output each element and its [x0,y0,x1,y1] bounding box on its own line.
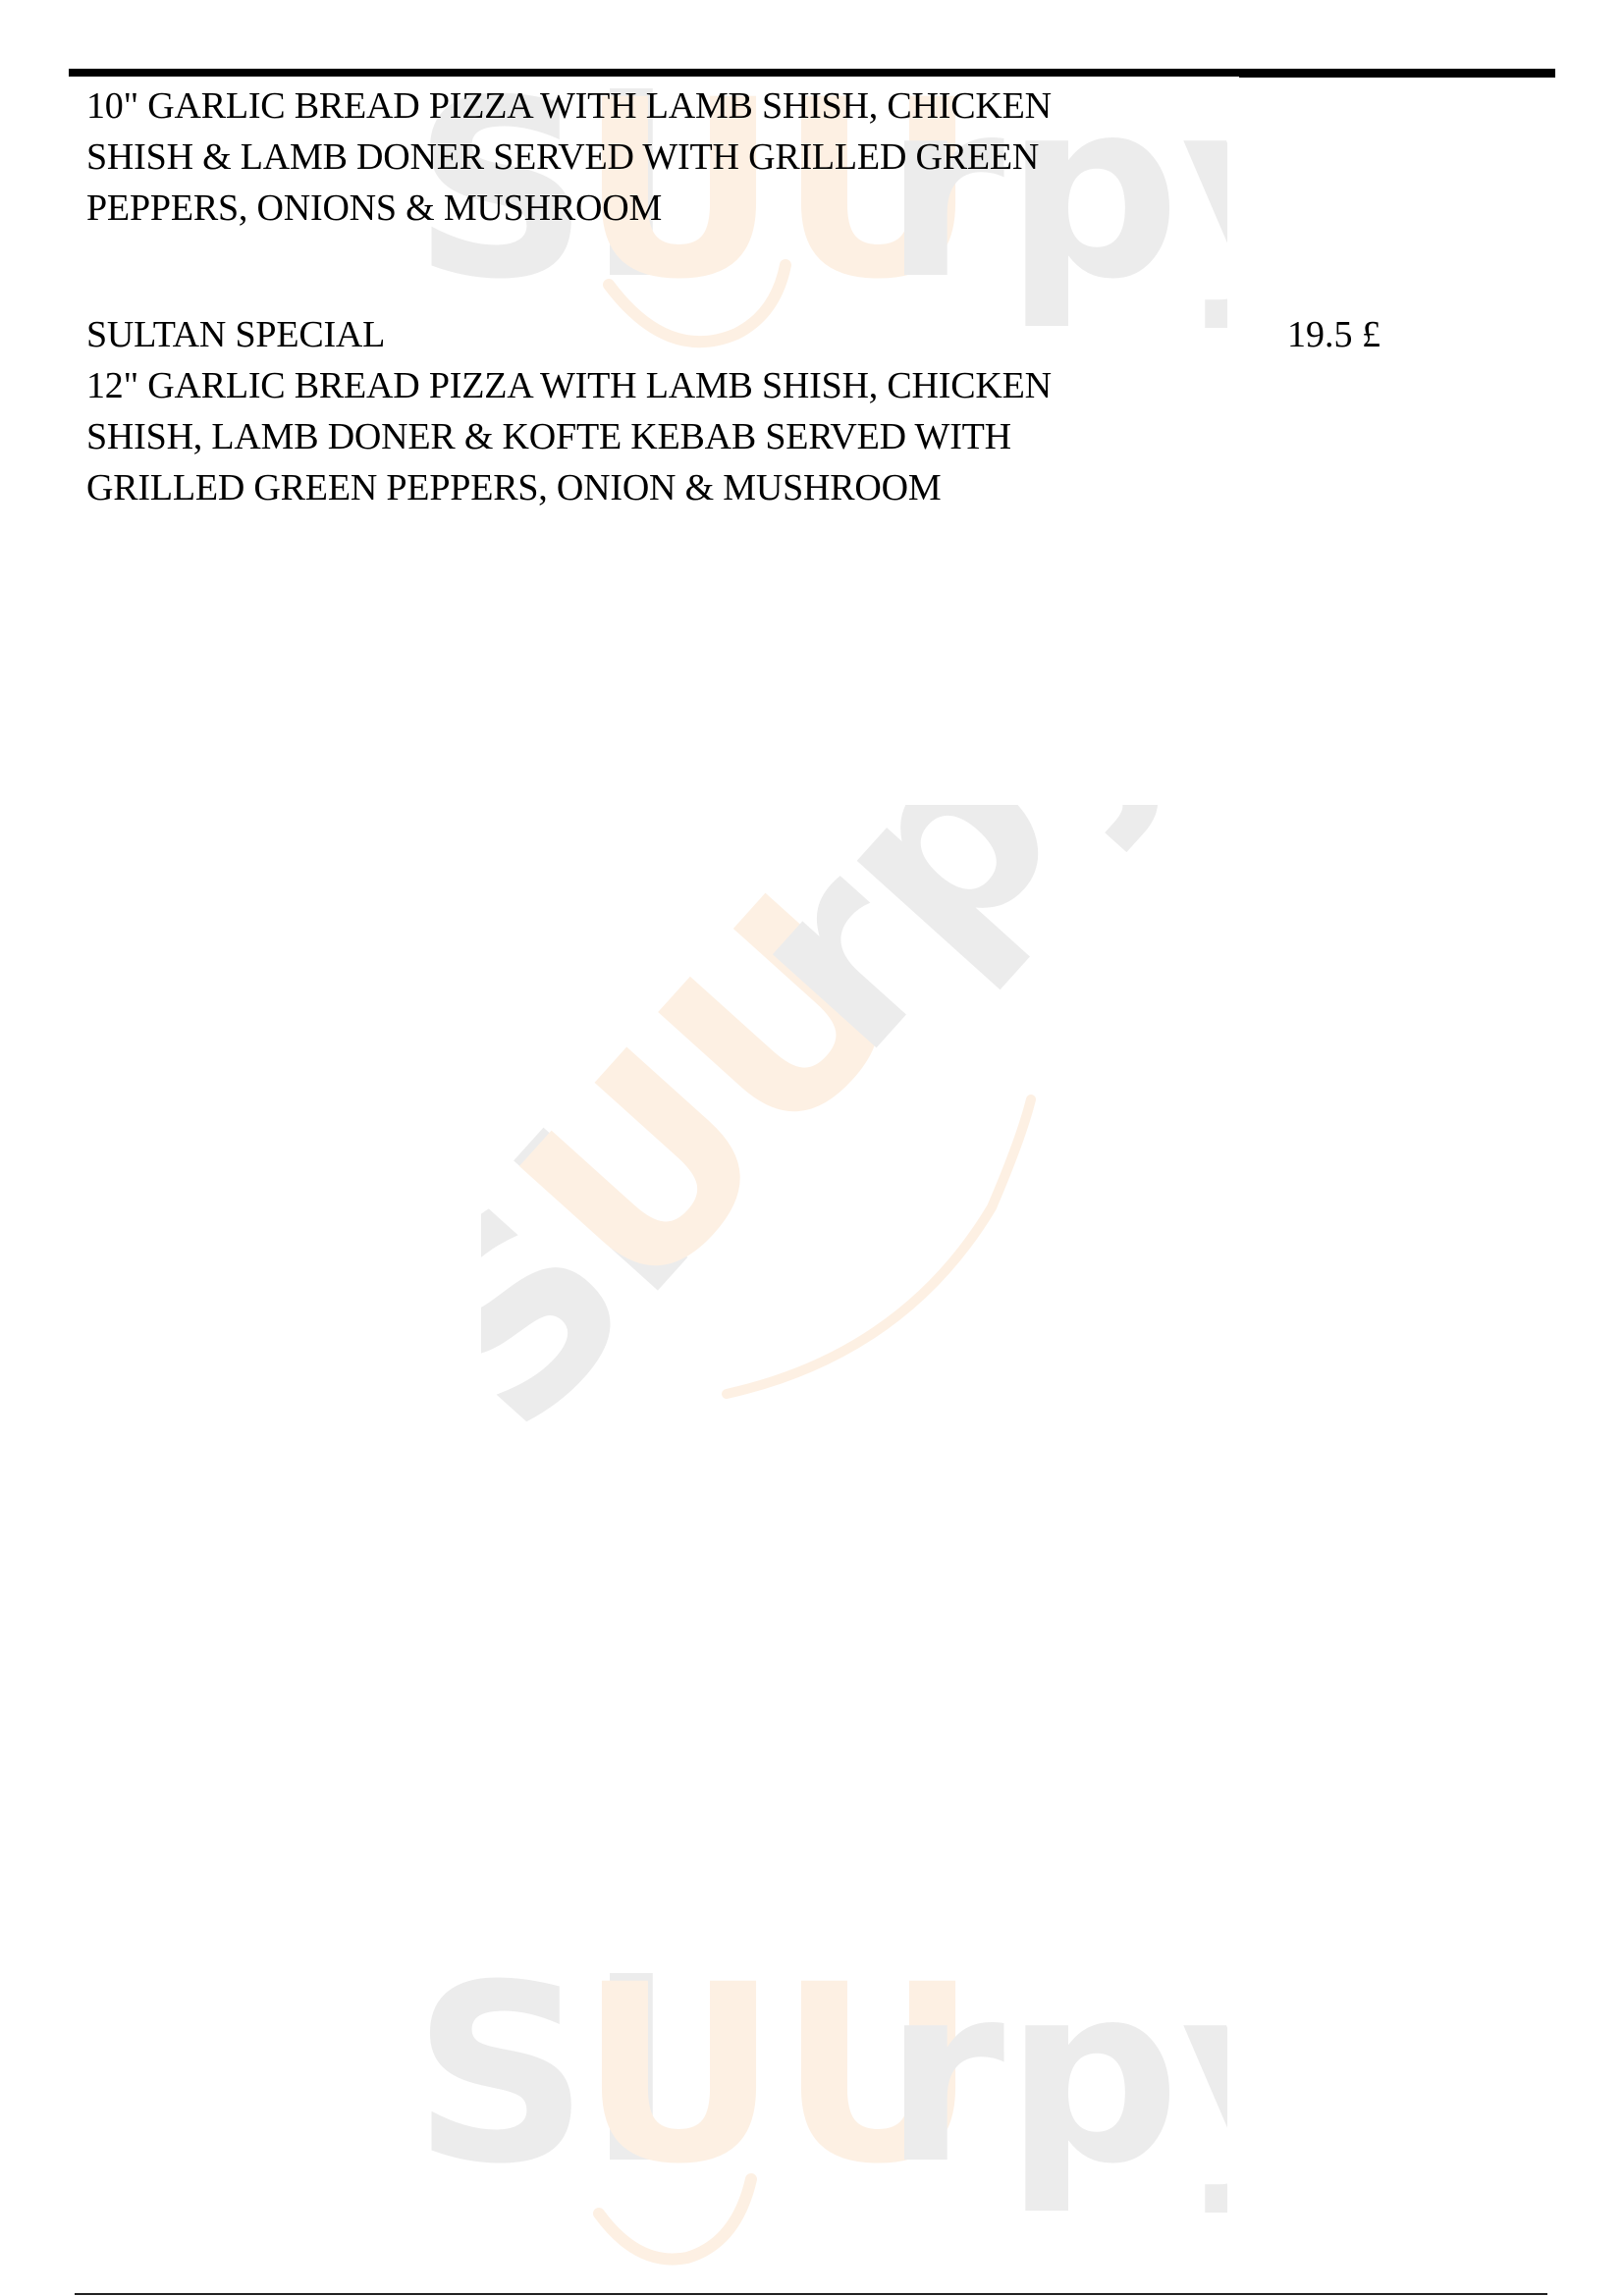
menu-item-description: 12" GARLIC BREAD PIZZA WITH LAMB SHISH, … [86,360,1052,513]
svg-text:Sl: Sl [481,1084,747,1483]
menu-page: Sl UU rpy Sl UU rpy Sl UU rpy 10" GARLIC… [0,0,1624,2296]
svg-text:Sl: Sl [412,1963,674,2217]
svg-text:UU: UU [481,842,964,1349]
svg-text:UU: UU [579,1963,978,2217]
menu-item-name: SULTAN SPECIAL [86,309,385,360]
description-line: PEPPERS, ONIONS & MUSHROOM [86,183,1052,234]
svg-text:rpy: rpy [687,805,1225,1104]
svg-text:rpy: rpy [884,1963,1227,2217]
top-divider-rule [69,69,1242,77]
bottom-divider-rule [75,2293,1547,2295]
description-line: GRILLED GREEN PEPPERS, ONION & MUSHROOM [86,462,1052,513]
sluurpy-watermark-logo-diagonal: Sl UU rpy [481,805,1227,1492]
description-line: 10" GARLIC BREAD PIZZA WITH LAMB SHISH, … [86,80,1052,132]
description-line: SHISH & LAMB DONER SERVED WITH GRILLED G… [86,132,1052,183]
top-divider-rule-price-column [1239,69,1555,78]
menu-item-description: 10" GARLIC BREAD PIZZA WITH LAMB SHISH, … [86,80,1052,234]
description-line: 12" GARLIC BREAD PIZZA WITH LAMB SHISH, … [86,360,1052,411]
sluurpy-watermark-logo: Sl UU rpy [412,1963,1227,2277]
menu-item-price: 19.5 £ [1287,309,1380,360]
description-line: SHISH, LAMB DONER & KOFTE KEBAB SERVED W… [86,411,1052,462]
